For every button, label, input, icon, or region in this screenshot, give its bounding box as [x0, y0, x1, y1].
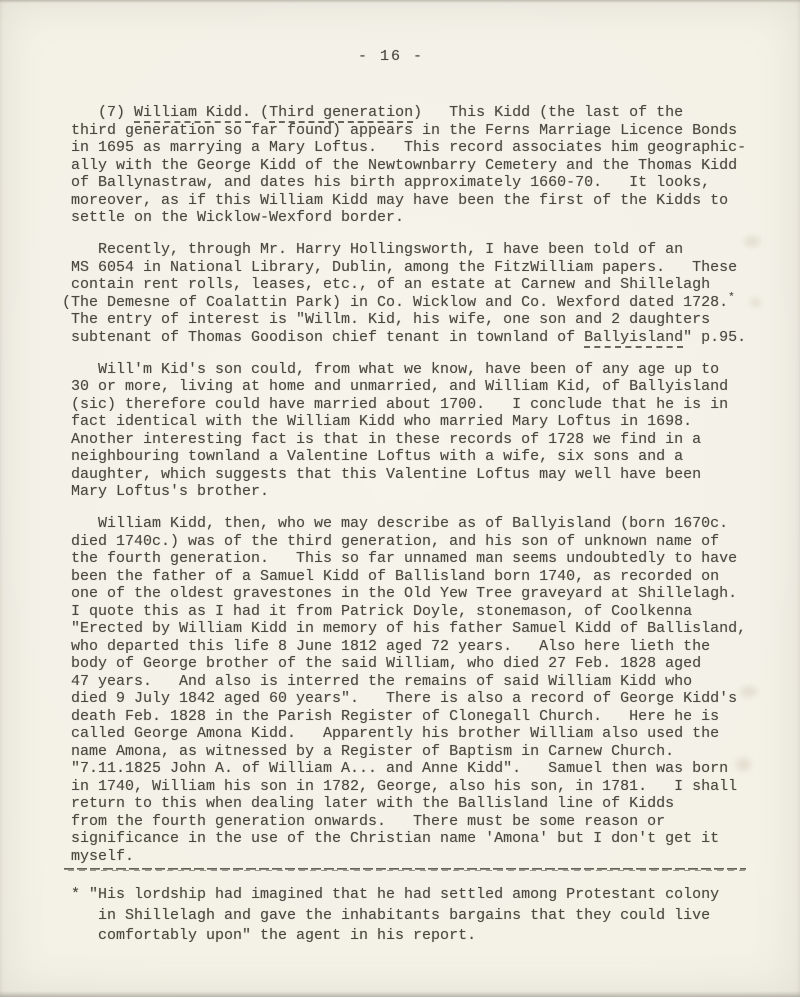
text-segment: neighbouring townland a Valentine Loftus…	[62, 448, 683, 465]
text-line: "7.11.1825 John A. of William A... and A…	[62, 760, 746, 778]
text-segment: died 1740c.) was of the third generation…	[62, 533, 719, 550]
text-line: body of George brother of the said Willi…	[62, 655, 746, 673]
text-segment: Will'm Kid's son could, from what we kno…	[62, 361, 719, 378]
text-segment: William Kidd, then, who we may describe …	[62, 515, 728, 532]
text-segment: in Shillelagh and gave the inhabitants b…	[62, 907, 710, 924]
text-line: who departed this life 8 June 1812 aged …	[62, 638, 746, 656]
text-segment: died 9 July 1842 aged 60 years". There i…	[62, 690, 737, 707]
text-line: daughter, which suggests that this Valen…	[62, 466, 746, 484]
paragraph: Recently, through Mr. Harry Hollingswort…	[62, 241, 746, 346]
text-segment: (The Demesne of Coalattin Park) in Co. W…	[62, 294, 728, 311]
text-line: fact identical with the William Kidd who…	[62, 413, 746, 431]
text-line: I quote this as I had it from Patrick Do…	[62, 603, 746, 621]
text-segment: body of George brother of the said Willi…	[62, 655, 701, 672]
text-segment: been the father of a Samuel Kidd of Ball…	[62, 568, 719, 585]
text-segment: Another interesting fact is that in thes…	[62, 431, 701, 448]
text-segment: fact identical with the William Kidd who…	[62, 413, 692, 430]
text-line: Another interesting fact is that in thes…	[62, 431, 746, 449]
text-segment: name Amona, as witnessed by a Register o…	[62, 743, 674, 760]
text-segment: in 1695 as marrying a Mary Loftus. This …	[62, 139, 746, 156]
footnote-asterisk: *	[728, 292, 735, 304]
text-segment: third generation so far found) appears i…	[62, 122, 737, 139]
text-segment: in 1740, William his son in 1782, George…	[62, 778, 737, 795]
underlined-text: Ballyisland	[584, 329, 683, 348]
scanned-page: - 16 - (7) William Kidd. (Third generati…	[0, 0, 800, 997]
text-segment: who departed this life 8 June 1812 aged …	[62, 638, 710, 655]
text-line: called George Amona Kidd. Apparently his…	[62, 725, 746, 743]
text-segment: moreover, as if this William Kidd may ha…	[62, 192, 728, 209]
text-segment: 30 or more, living at home and unmarried…	[62, 378, 728, 395]
text-line: myself.	[62, 848, 746, 866]
text-segment: (	[251, 104, 269, 121]
footnote-line: in Shillelagh and gave the inhabitants b…	[62, 906, 719, 927]
text-line: 47 years. And also is interred the remai…	[62, 673, 746, 691]
footnote-line: comfortably upon" the agent in his repor…	[62, 926, 719, 947]
text-line: "Erected by William Kidd in memory of hi…	[62, 620, 746, 638]
text-line: of Ballynastraw, and dates his birth app…	[62, 174, 746, 192]
text-segment: death Feb. 1828 in the Parish Register o…	[62, 708, 719, 725]
text-line: in 1740, William his son in 1782, George…	[62, 778, 746, 796]
scan-edge-shadow-top	[0, 0, 800, 3]
text-line: the fourth generation. This so far unnam…	[62, 550, 746, 568]
underlined-text: William Kidd.	[134, 104, 251, 123]
text-segment: (7)	[62, 104, 134, 121]
text-segment: daughter, which suggests that this Valen…	[62, 466, 701, 483]
text-line: moreover, as if this William Kidd may ha…	[62, 192, 746, 210]
scan-edge-shadow-bottom	[0, 991, 800, 997]
text-line: name Amona, as witnessed by a Register o…	[62, 743, 746, 761]
text-line: death Feb. 1828 in the Parish Register o…	[62, 708, 746, 726]
text-line: significance in the use of the Christian…	[62, 830, 746, 848]
text-segment: Recently, through Mr. Harry Hollingswort…	[62, 241, 683, 258]
text-line: from the fourth generation onwards. Ther…	[62, 813, 746, 831]
text-line: contain rent rolls, leases, etc., of an …	[62, 276, 746, 294]
text-segment: "7.11.1825 John A. of William A... and A…	[62, 760, 728, 777]
text-line: (sic) therefore could have married about…	[62, 396, 746, 414]
text-line: subtenant of Thomas Goodison chief tenan…	[62, 329, 746, 347]
text-segment: ally with the George Kidd of the Newtown…	[62, 157, 737, 174]
text-line: Will'm Kid's son could, from what we kno…	[62, 361, 746, 379]
text-line: Recently, through Mr. Harry Hollingswort…	[62, 241, 746, 259]
text-segment: of Ballynastraw, and dates his birth app…	[62, 174, 710, 191]
text-line: one of the oldest gravestones in the Old…	[62, 585, 746, 603]
text-segment: called George Amona Kidd. Apparently his…	[62, 725, 719, 742]
paragraph: (7) William Kidd. (Third generation) Thi…	[62, 104, 746, 227]
footnote: * "His lordship had imagined that he had…	[62, 885, 719, 947]
text-line: neighbouring townland a Valentine Loftus…	[62, 448, 746, 466]
text-line: in 1695 as marrying a Mary Loftus. This …	[62, 139, 746, 157]
text-segment: from the fourth generation onwards. Ther…	[62, 813, 665, 830]
document-body: (7) William Kidd. (Third generation) Thi…	[62, 104, 746, 865]
text-line: died 1740c.) was of the third generation…	[62, 533, 746, 551]
text-segment: comfortably upon" the agent in his repor…	[62, 927, 476, 944]
scan-smudge	[744, 236, 760, 247]
text-line: 30 or more, living at home and unmarried…	[62, 378, 746, 396]
text-line: (7) William Kidd. (Third generation) Thi…	[62, 104, 746, 122]
text-segment: one of the oldest gravestones in the Old…	[62, 585, 737, 602]
text-segment: The entry of interest is "Willm. Kid, hi…	[62, 311, 710, 328]
text-segment: contain rent rolls, leases, etc., of an …	[62, 276, 710, 293]
footnote-separator-line	[64, 868, 746, 873]
footnote-line: * "His lordship had imagined that he had…	[62, 885, 719, 906]
text-line: ally with the George Kidd of the Newtown…	[62, 157, 746, 175]
text-segment: 47 years. And also is interred the remai…	[62, 673, 692, 690]
text-segment: the fourth generation. This so far unnam…	[62, 550, 737, 567]
paragraph: William Kidd, then, who we may describe …	[62, 515, 746, 865]
text-segment: subtenant of Thomas Goodison chief tenan…	[62, 329, 584, 346]
text-segment: " p.95.	[683, 329, 746, 346]
text-line: return to this when dealing later with t…	[62, 795, 746, 813]
text-line: MS 6054 in National Library, Dublin, amo…	[62, 259, 746, 277]
text-segment: Mary Loftus's brother.	[62, 483, 269, 500]
text-segment: ) This Kidd (the last of the	[413, 104, 683, 121]
text-segment: (sic) therefore could have married about…	[62, 396, 728, 413]
text-segment: myself.	[62, 848, 134, 865]
text-segment: "Erected by William Kidd in memory of hi…	[62, 620, 746, 637]
text-line: third generation so far found) appears i…	[62, 122, 746, 140]
underlined-text: Third generation	[269, 104, 413, 123]
text-segment: * "His lordship had imagined that he had…	[62, 886, 719, 903]
text-segment: settle on the Wicklow-Wexford border.	[62, 209, 404, 226]
text-segment: significance in the use of the Christian…	[62, 830, 719, 847]
text-line: settle on the Wicklow-Wexford border.	[62, 209, 746, 227]
text-line: The entry of interest is "Willm. Kid, hi…	[62, 311, 746, 329]
text-line: (The Demesne of Coalattin Park) in Co. W…	[62, 294, 746, 312]
text-segment: I quote this as I had it from Patrick Do…	[62, 603, 692, 620]
page-number: - 16 -	[0, 48, 782, 65]
text-segment: MS 6054 in National Library, Dublin, amo…	[62, 259, 737, 276]
text-line: Mary Loftus's brother.	[62, 483, 746, 501]
paragraph: Will'm Kid's son could, from what we kno…	[62, 361, 746, 501]
text-line: William Kidd, then, who we may describe …	[62, 515, 746, 533]
text-line: died 9 July 1842 aged 60 years". There i…	[62, 690, 746, 708]
text-segment: return to this when dealing later with t…	[62, 795, 674, 812]
scan-smudge	[750, 298, 761, 307]
text-line: been the father of a Samuel Kidd of Ball…	[62, 568, 746, 586]
